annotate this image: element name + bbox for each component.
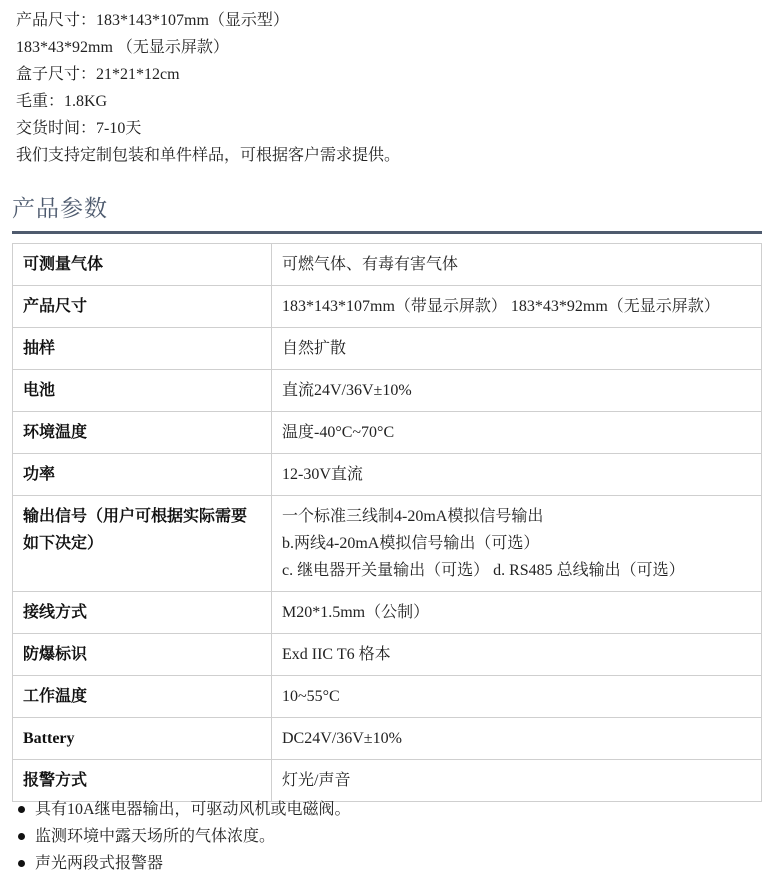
param-key: 功率 bbox=[13, 454, 272, 496]
list-item: 监测环境中露天场所的气体浓度。 bbox=[14, 823, 351, 850]
table-row: Battery DC24V/36V±10% bbox=[13, 718, 762, 760]
intro-gross-weight: 毛重：1.8KG bbox=[16, 88, 400, 115]
table-row: 产品尺寸 183*143*107mm（带显示屏款） 183*43*92mm（无显… bbox=[13, 286, 762, 328]
param-key: 防爆标识 bbox=[13, 634, 272, 676]
feature-text: 具有10A继电器输出，可驱动风机或电磁阀。 bbox=[35, 801, 351, 818]
table-row: 工作温度 10~55°C bbox=[13, 676, 762, 718]
param-key: 抽样 bbox=[13, 328, 272, 370]
param-key: 输出信号（用户可根据实际需要如下决定） bbox=[13, 496, 272, 592]
param-value: 直流24V/36V±10% bbox=[272, 370, 762, 412]
param-value: 一个标准三线制4-20mA模拟信号输出 b.两线4-20mA模拟信号输出（可选）… bbox=[272, 496, 762, 592]
bullet-icon bbox=[18, 833, 25, 840]
section-title: 产品参数 bbox=[12, 193, 108, 223]
param-value: 自然扩散 bbox=[272, 328, 762, 370]
section-divider bbox=[12, 231, 762, 234]
table-row: 抽样 自然扩散 bbox=[13, 328, 762, 370]
param-value: Exd IIC T6 格本 bbox=[272, 634, 762, 676]
intro-box-size: 盒子尺寸：21*21*12cm bbox=[16, 61, 400, 88]
table-row: 防爆标识 Exd IIC T6 格本 bbox=[13, 634, 762, 676]
param-value: DC24V/36V±10% bbox=[272, 718, 762, 760]
table-row: 环境温度 温度-40°C~70°C bbox=[13, 412, 762, 454]
param-value-line: c. 继电器开关量输出（可选） d. RS485 总线输出（可选） bbox=[282, 557, 751, 584]
param-value: 10~55°C bbox=[272, 676, 762, 718]
param-key: 可测量气体 bbox=[13, 244, 272, 286]
intro-block: 产品尺寸：183*143*107mm（显示型） 183*43*92mm （无显示… bbox=[16, 7, 400, 169]
param-value-line: b.两线4-20mA模拟信号输出（可选） bbox=[282, 530, 751, 557]
table-row: 电池 直流24V/36V±10% bbox=[13, 370, 762, 412]
params-table: 可测量气体 可燃气体、有毒有害气体 产品尺寸 183*143*107mm（带显示… bbox=[12, 243, 762, 802]
table-row: 可测量气体 可燃气体、有毒有害气体 bbox=[13, 244, 762, 286]
intro-product-size-alt: 183*43*92mm （无显示屏款） bbox=[16, 34, 400, 61]
param-value: 温度-40°C~70°C bbox=[272, 412, 762, 454]
feature-list: 具有10A继电器输出，可驱动风机或电磁阀。 监测环境中露天场所的气体浓度。 声光… bbox=[14, 796, 351, 874]
param-value: 183*143*107mm（带显示屏款） 183*43*92mm（无显示屏款） bbox=[272, 286, 762, 328]
param-key: 工作温度 bbox=[13, 676, 272, 718]
table-row: 功率 12-30V直流 bbox=[13, 454, 762, 496]
bullet-icon bbox=[18, 806, 25, 813]
param-key: 电池 bbox=[13, 370, 272, 412]
intro-delivery-time: 交货时间：7-10天 bbox=[16, 115, 400, 142]
param-value: 12-30V直流 bbox=[272, 454, 762, 496]
param-key: 产品尺寸 bbox=[13, 286, 272, 328]
feature-text: 声光两段式报警器 bbox=[35, 855, 163, 872]
param-value: M20*1.5mm（公制） bbox=[272, 592, 762, 634]
table-row: 输出信号（用户可根据实际需要如下决定） 一个标准三线制4-20mA模拟信号输出 … bbox=[13, 496, 762, 592]
feature-text: 监测环境中露天场所的气体浓度。 bbox=[35, 828, 275, 845]
param-key: 环境温度 bbox=[13, 412, 272, 454]
param-value-line: 一个标准三线制4-20mA模拟信号输出 bbox=[282, 503, 751, 530]
list-item: 具有10A继电器输出，可驱动风机或电磁阀。 bbox=[14, 796, 351, 823]
bullet-icon bbox=[18, 860, 25, 867]
table-row: 接线方式 M20*1.5mm（公制） bbox=[13, 592, 762, 634]
intro-product-size: 产品尺寸：183*143*107mm（显示型） bbox=[16, 7, 400, 34]
list-item: 声光两段式报警器 bbox=[14, 850, 351, 874]
param-key: Battery bbox=[13, 718, 272, 760]
param-value: 可燃气体、有毒有害气体 bbox=[272, 244, 762, 286]
intro-customization-note: 我们支持定制包装和单件样品，可根据客户需求提供。 bbox=[16, 142, 400, 169]
param-key: 接线方式 bbox=[13, 592, 272, 634]
